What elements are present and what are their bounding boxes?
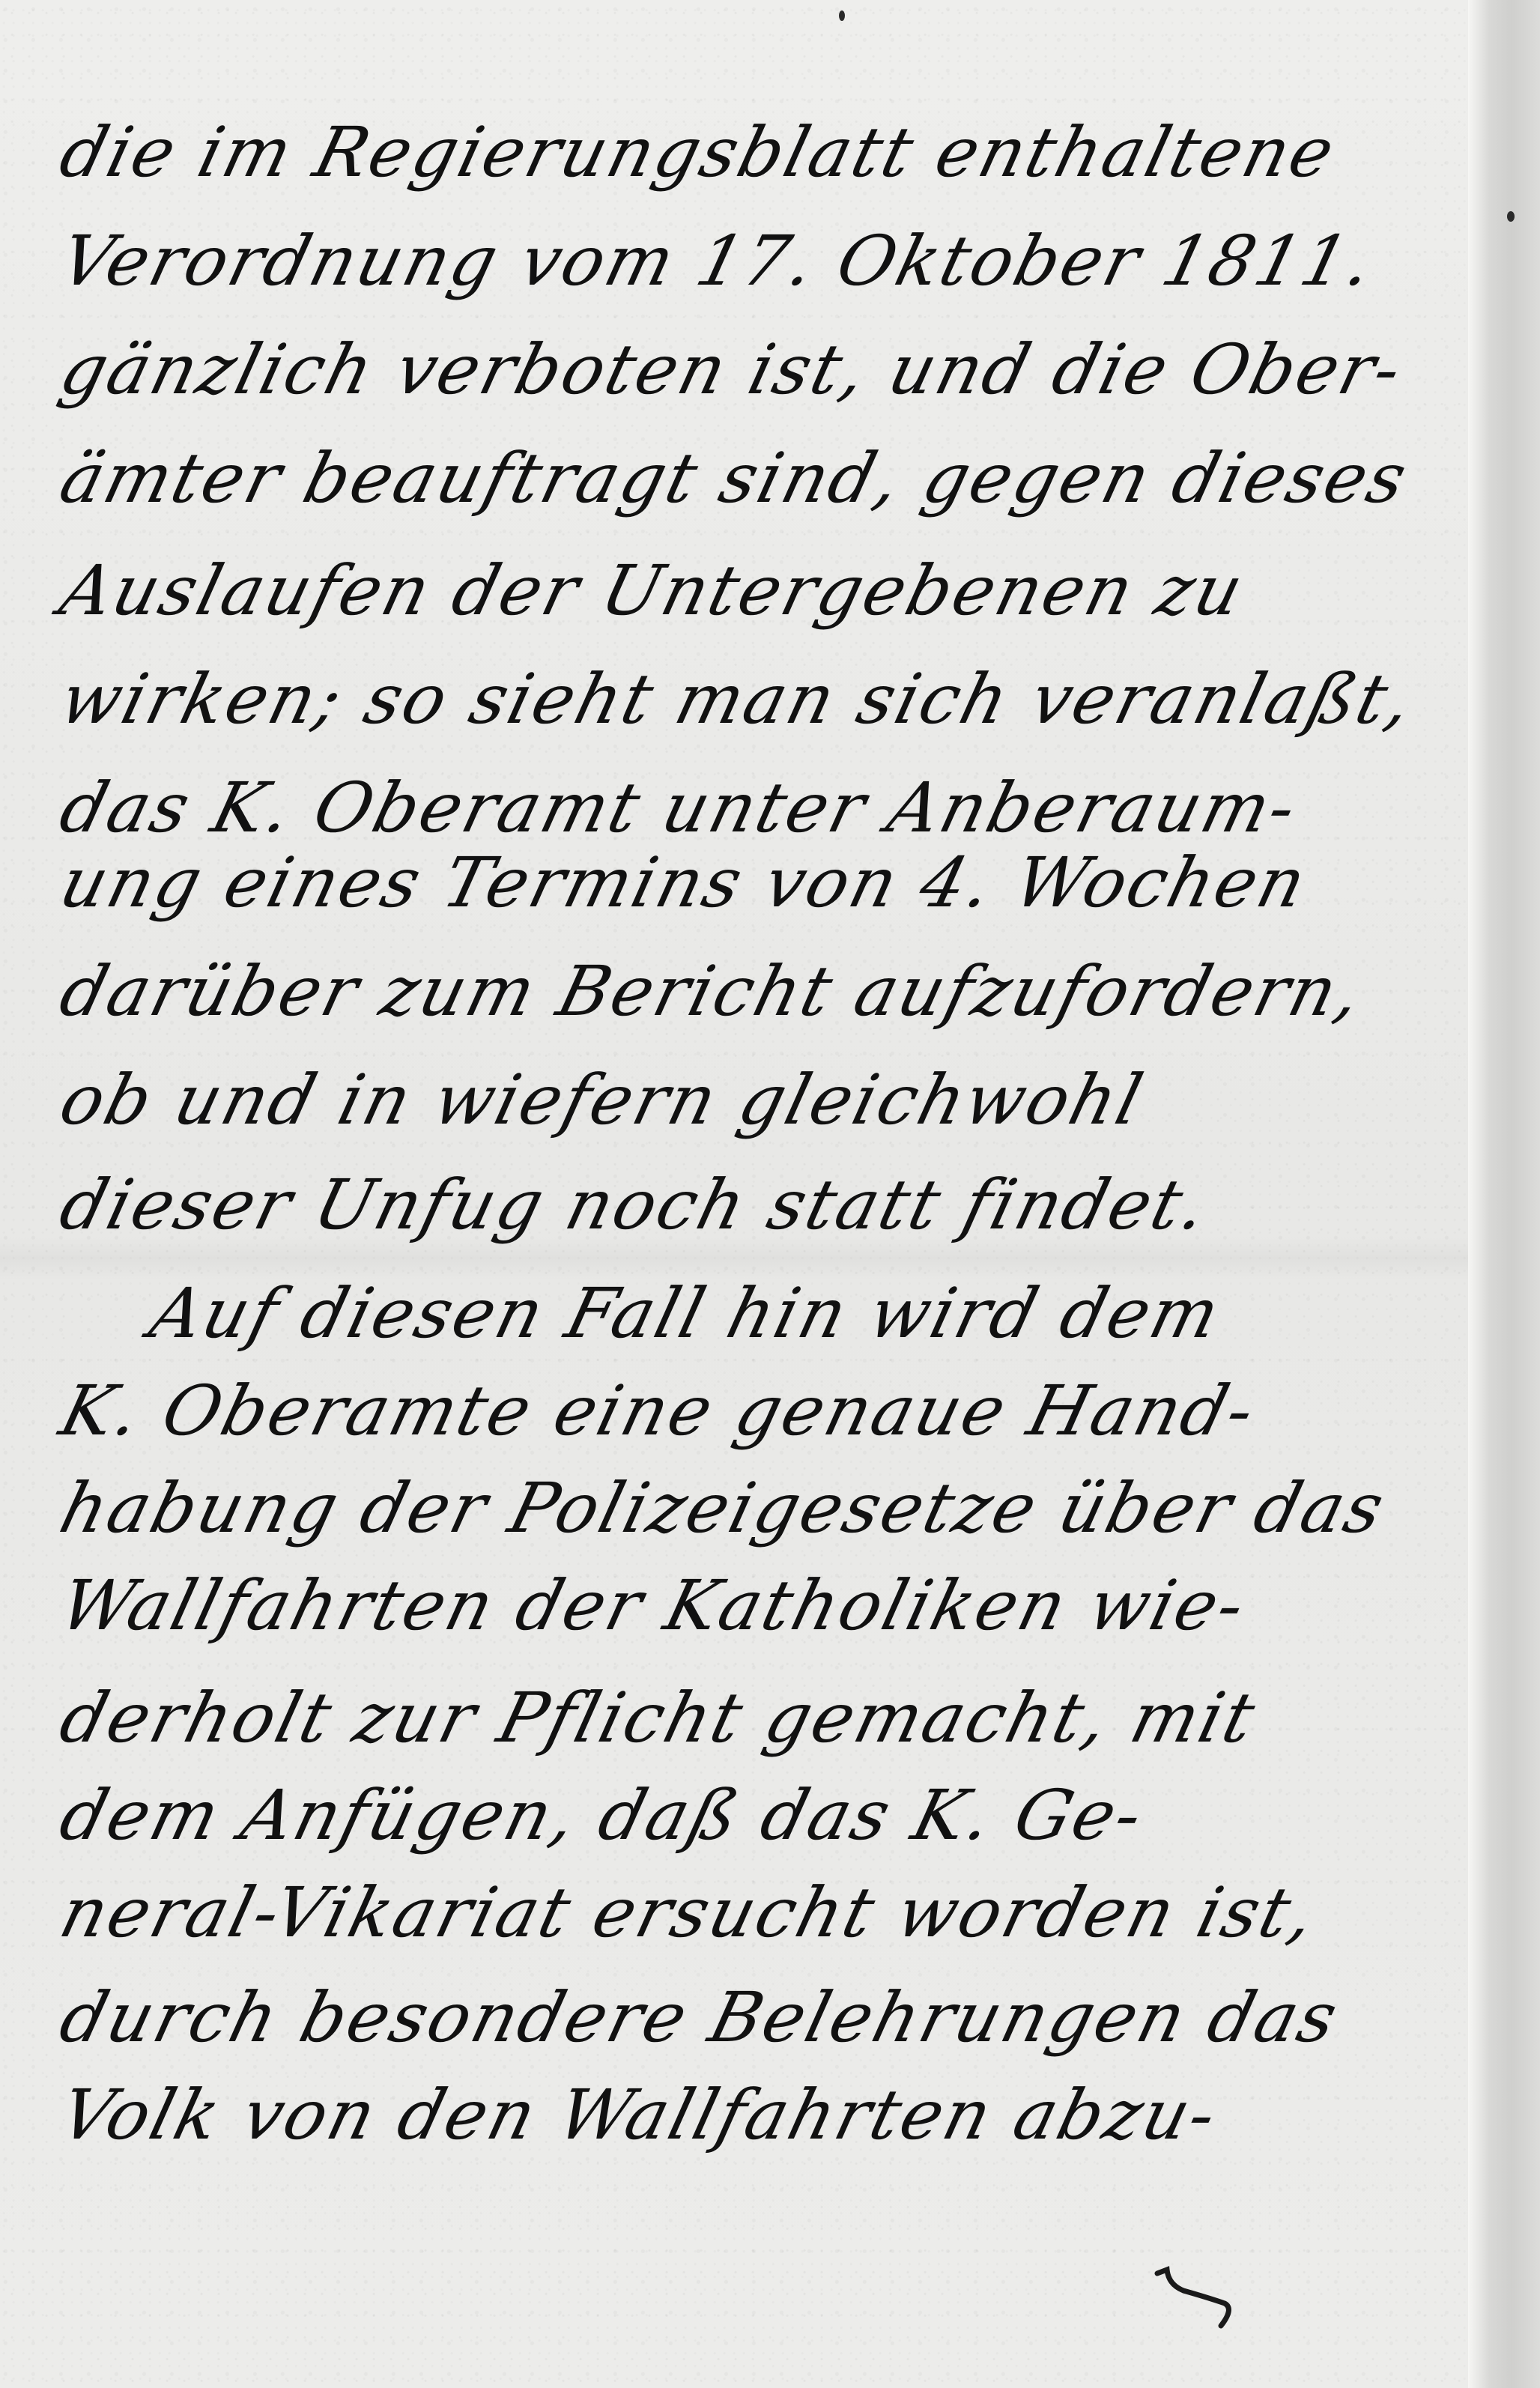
text-line: Volk von den Wallfahrten abzu-: [52, 2075, 1226, 2155]
text-line: gänzlich verboten ist, und die Ober-: [52, 330, 1411, 410]
text-line: ob und in wiefern gleichwohl: [52, 1060, 1152, 1140]
text-line: habung der Polizeigesetze über das: [52, 1468, 1394, 1548]
text-line: das K. Oberamt unter Anberaum-: [52, 768, 1306, 848]
ink-speck: [839, 10, 845, 21]
text-line: die im Regierungsblatt enthaltene: [52, 112, 1344, 193]
text-line: Verordnung vom 17. Oktober 1811.: [52, 221, 1383, 301]
ink-speck: [1507, 211, 1515, 222]
text-line: K. Oberamte eine genaue Hand-: [52, 1371, 1264, 1451]
text-line: Auslaufen der Untergebenen zu: [52, 551, 1252, 631]
text-line: darüber zum Bericht aufzufordern,: [52, 951, 1371, 1031]
page-fold-edge: [1468, 0, 1540, 2388]
text-line: wirken; so sieht man sich veranlaßt,: [52, 659, 1422, 739]
text-line: derholt zur Pflicht gemacht, mit: [52, 1678, 1264, 1758]
text-line: ämter beauftragt sind, gegen dieses: [52, 438, 1416, 518]
text-line: durch besondere Belehrungen das: [52, 1978, 1347, 2058]
text-line: dem Anfügen, daß das K. Ge-: [52, 1775, 1152, 1855]
text-line-paragraph-start: Auf diesen Fall hin wird dem: [142, 1273, 1229, 1354]
catchword-flourish: [1154, 2262, 1243, 2330]
text-line: neral-Vikariat ersucht worden ist,: [52, 1873, 1325, 1953]
text-line: ung eines Termins von 4. Wochen: [52, 843, 1315, 923]
text-line: dieser Unfug noch statt findet.: [52, 1165, 1217, 1245]
text-line: Wallfahrten der Katholiken wie-: [52, 1566, 1255, 1646]
